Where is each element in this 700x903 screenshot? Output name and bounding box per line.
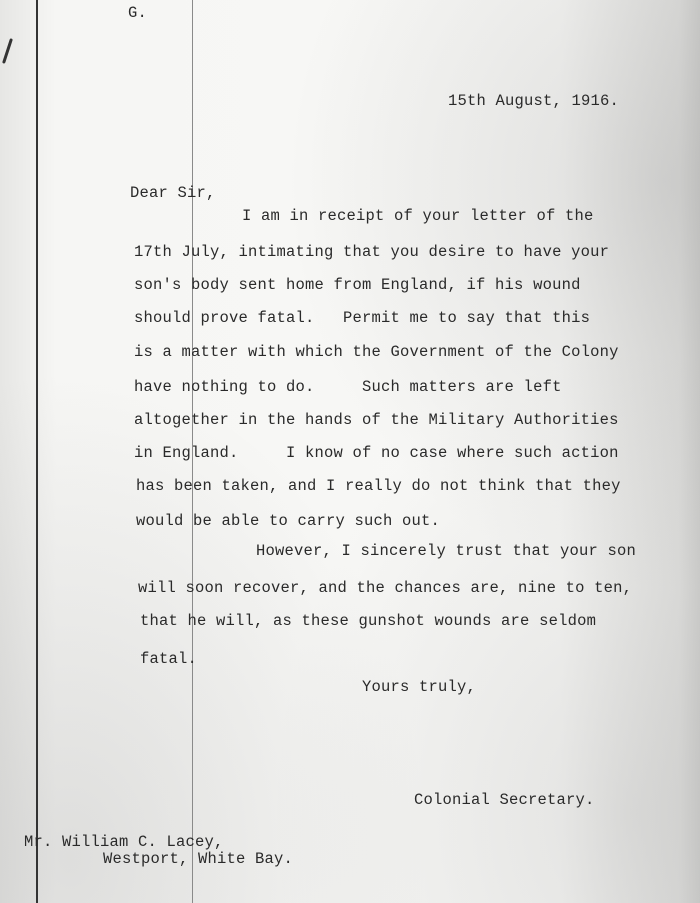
file-mark: G. [128,4,147,22]
recipient-address: Westport, White Bay. [103,850,293,868]
body-line: should prove fatal. Permit me to say tha… [134,309,590,327]
body-line: son's body sent home from England, if hi… [134,276,581,294]
body-line: altogether in the hands of the Military … [134,411,619,429]
margin-line-left [36,0,38,903]
salutation: Dear Sir, [130,184,216,202]
body-line: 17th July, intimating that you desire to… [134,243,609,261]
pen-mark [2,38,13,64]
body-line: will soon recover, and the chances are, … [138,579,632,597]
body-line: However, I sincerely trust that your son [256,542,636,560]
body-line: has been taken, and I really do not thin… [136,477,621,495]
recipient-name: Mr. William C. Lacey, [24,833,224,851]
body-line: have nothing to do. Such matters are lef… [134,378,562,396]
body-line: in England. I know of no case where such… [134,444,619,462]
closing: Yours truly, [362,678,476,696]
signature-title: Colonial Secretary. [414,791,595,809]
body-line: that he will, as these gunshot wounds ar… [140,612,596,630]
body-line: fatal. [140,650,197,668]
body-line: I am in receipt of your letter of the [242,207,594,225]
letter-page: G. 15th August, 1916. Dear Sir, I am in … [0,0,700,903]
body-line: would be able to carry such out. [136,512,440,530]
letter-date: 15th August, 1916. [448,92,619,110]
body-line: is a matter with which the Government of… [134,343,619,361]
